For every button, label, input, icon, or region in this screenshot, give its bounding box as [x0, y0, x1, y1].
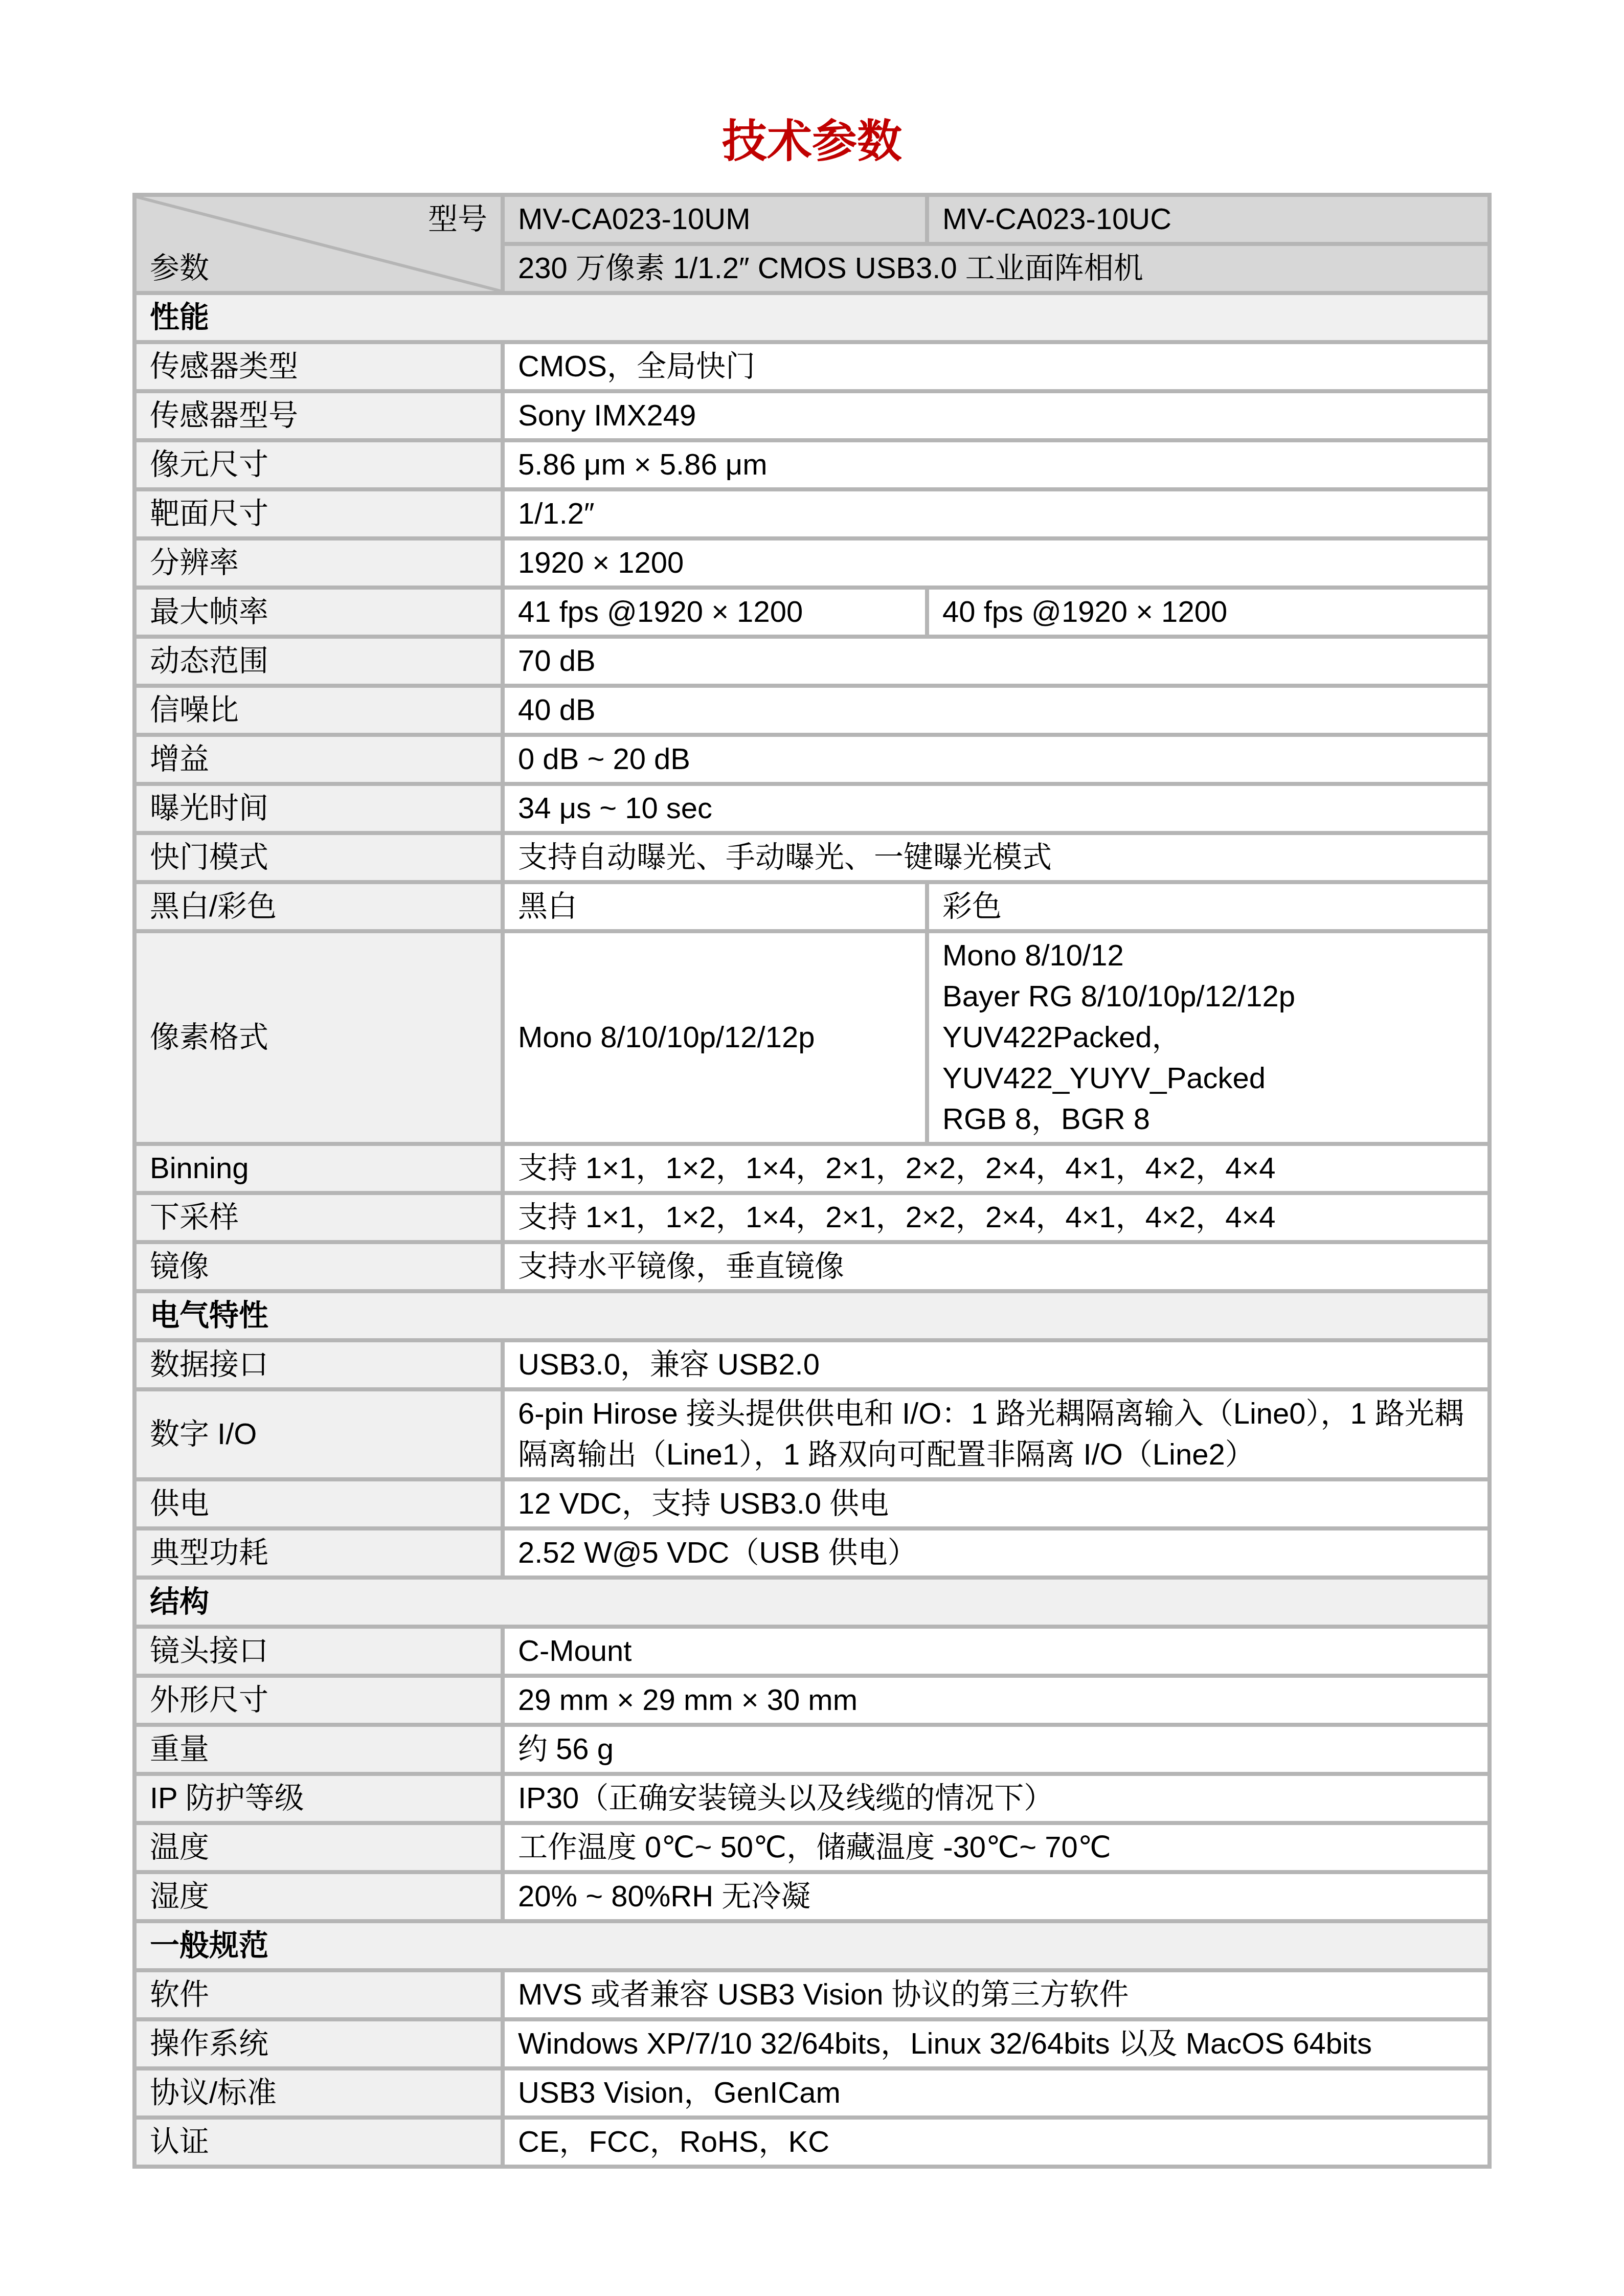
spec-row: 湿度20% ~ 80%RH 无冷凝 [134, 1872, 1490, 1921]
spec-value: Sony IMX249 [503, 391, 1490, 440]
spec-label: 镜头接口 [134, 1627, 503, 1676]
spec-row: 黑白/彩色黑白彩色 [134, 882, 1490, 931]
spec-row: 供电12 VDC，支持 USB3.0 供电 [134, 1479, 1490, 1528]
section-row: 性能 [134, 293, 1490, 342]
spec-row: 靶面尺寸1/1.2″ [134, 489, 1490, 538]
spec-row: IP 防护等级IP30（正确安装镜头以及线缆的情况下） [134, 1774, 1490, 1823]
spec-label: 典型功耗 [134, 1528, 503, 1578]
spec-value: 12 VDC，支持 USB3.0 供电 [503, 1479, 1490, 1528]
spec-row: 典型功耗2.52 W@5 VDC（USB 供电） [134, 1528, 1490, 1578]
spec-value-multiline: Mono 8/10/12Bayer RG 8/10/10p/12/12pYUV4… [927, 931, 1490, 1144]
spec-label: 分辨率 [134, 538, 503, 588]
spec-row: 镜像支持水平镜像，垂直镜像 [134, 1242, 1490, 1291]
spec-row: 协议/标准USB3 Vision，GenICam [134, 2068, 1490, 2118]
spec-label: 传感器型号 [134, 391, 503, 440]
spec-label: 镜像 [134, 1242, 503, 1291]
spec-label: 信噪比 [134, 686, 503, 735]
section-header: 结构 [134, 1578, 1490, 1627]
model-name-mono: MV-CA023-10UM [503, 195, 927, 244]
spec-value: CMOS，全局快门 [503, 342, 1490, 391]
spec-value: 约 56 g [503, 1725, 1490, 1774]
section-row: 结构 [134, 1578, 1490, 1627]
spec-label: 黑白/彩色 [134, 882, 503, 931]
spec-label: 认证 [134, 2118, 503, 2167]
spec-row: 动态范围70 dB [134, 637, 1490, 686]
spec-value: 0 dB ~ 20 dB [503, 735, 1490, 784]
spec-row: 最大帧率41 fps @1920 × 120040 fps @1920 × 12… [134, 588, 1490, 637]
spec-row: 像素格式Mono 8/10/10p/12/12pMono 8/10/12Baye… [134, 931, 1490, 1144]
spec-label: 曝光时间 [134, 784, 503, 833]
spec-label: Binning [134, 1144, 503, 1193]
spec-value: 40 dB [503, 686, 1490, 735]
spec-label: 数字 I/O [134, 1389, 503, 1479]
spec-value: 40 fps @1920 × 1200 [927, 588, 1490, 637]
spec-value: 支持 1×1，1×2，1×4，2×1，2×2，2×4，4×1，4×2，4×4 [503, 1193, 1490, 1242]
spec-label: 像素格式 [134, 931, 503, 1144]
spec-value-line: Mono 8/10/12 [942, 935, 1474, 976]
spec-row: 信噪比40 dB [134, 686, 1490, 735]
spec-value: MVS 或者兼容 USB3 Vision 协议的第三方软件 [503, 1970, 1490, 2019]
spec-value: 5.86 μm × 5.86 μm [503, 440, 1490, 489]
spec-label: 协议/标准 [134, 2068, 503, 2118]
spec-value-line: YUV422Packed，YUV422_YUYV_Packed [942, 1017, 1474, 1099]
spec-label: 重量 [134, 1725, 503, 1774]
spec-label: 快门模式 [134, 833, 503, 882]
spec-label: 供电 [134, 1479, 503, 1528]
spec-label: 温度 [134, 1823, 503, 1872]
spec-label: 数据接口 [134, 1340, 503, 1389]
spec-row: 传感器型号Sony IMX249 [134, 391, 1490, 440]
spec-value: 29 mm × 29 mm × 30 mm [503, 1676, 1490, 1725]
spec-value-line: Bayer RG 8/10/10p/12/12p [942, 976, 1474, 1017]
spec-row: 软件MVS 或者兼容 USB3 Vision 协议的第三方软件 [134, 1970, 1490, 2019]
spec-label: 像元尺寸 [134, 440, 503, 489]
spec-label: 外形尺寸 [134, 1676, 503, 1725]
spec-row: 重量约 56 g [134, 1725, 1490, 1774]
spec-value: 支持水平镜像，垂直镜像 [503, 1242, 1490, 1291]
spec-label: 操作系统 [134, 2019, 503, 2068]
spec-row: 分辨率1920 × 1200 [134, 538, 1490, 588]
spec-value: USB3 Vision，GenICam [503, 2068, 1490, 2118]
spec-value-line: RGB 8，BGR 8 [942, 1099, 1474, 1140]
section-header: 性能 [134, 293, 1490, 342]
spec-label: IP 防护等级 [134, 1774, 503, 1823]
spec-value: CE，FCC，RoHS，KC [503, 2118, 1490, 2167]
header-row-models: 型号 参数 MV-CA023-10UM MV-CA023-10UC [134, 195, 1490, 244]
section-header: 电气特性 [134, 1291, 1490, 1340]
spec-label: 动态范围 [134, 637, 503, 686]
header-corner-cell: 型号 参数 [134, 195, 503, 293]
spec-label: 靶面尺寸 [134, 489, 503, 538]
spec-row: 温度工作温度 0℃~ 50℃，储藏温度 -30℃~ 70℃ [134, 1823, 1490, 1872]
spec-label: 传感器类型 [134, 342, 503, 391]
spec-row: Binning支持 1×1，1×2，1×4，2×1，2×2，2×4，4×1，4×… [134, 1144, 1490, 1193]
spec-value: 34 μs ~ 10 sec [503, 784, 1490, 833]
spec-value: 1/1.2″ [503, 489, 1490, 538]
spec-row: 曝光时间34 μs ~ 10 sec [134, 784, 1490, 833]
page-title: 技术参数 [0, 0, 1624, 166]
spec-row: 快门模式支持自动曝光、手动曝光、一键曝光模式 [134, 833, 1490, 882]
header-corner-model-label: 型号 [428, 197, 487, 242]
product-description: 230 万像素 1/1.2″ CMOS USB3.0 工业面阵相机 [503, 244, 1490, 293]
spec-label: 最大帧率 [134, 588, 503, 637]
spec-value: 1920 × 1200 [503, 538, 1490, 588]
spec-table: 型号 参数 MV-CA023-10UM MV-CA023-10UC 230 万像… [132, 193, 1492, 2169]
spec-value: 2.52 W@5 VDC（USB 供电） [503, 1528, 1490, 1578]
spec-value: 支持 1×1，1×2，1×4，2×1，2×2，2×4，4×1，4×2，4×4 [503, 1144, 1490, 1193]
spec-value: 黑白 [503, 882, 927, 931]
spec-value: C-Mount [503, 1627, 1490, 1676]
header-corner-param-label: 参数 [150, 246, 209, 291]
model-name-color: MV-CA023-10UC [927, 195, 1490, 244]
spec-row: 下采样支持 1×1，1×2，1×4，2×1，2×2，2×4，4×1，4×2，4×… [134, 1193, 1490, 1242]
spec-row: 操作系统Windows XP/7/10 32/64bits，Linux 32/6… [134, 2019, 1490, 2068]
spec-label: 软件 [134, 1970, 503, 2019]
spec-value: USB3.0，兼容 USB2.0 [503, 1340, 1490, 1389]
spec-row: 传感器类型CMOS，全局快门 [134, 342, 1490, 391]
spec-row: 镜头接口C-Mount [134, 1627, 1490, 1676]
spec-value: 彩色 [927, 882, 1490, 931]
spec-row: 数字 I/O6-pin Hirose 接头提供供电和 I/O：1 路光耦隔离输入… [134, 1389, 1490, 1479]
spec-value: Windows XP/7/10 32/64bits，Linux 32/64bit… [503, 2019, 1490, 2068]
spec-row: 像元尺寸5.86 μm × 5.86 μm [134, 440, 1490, 489]
spec-value: 工作温度 0℃~ 50℃，储藏温度 -30℃~ 70℃ [503, 1823, 1490, 1872]
spec-value: 70 dB [503, 637, 1490, 686]
spec-label: 增益 [134, 735, 503, 784]
spec-row: 认证CE，FCC，RoHS，KC [134, 2118, 1490, 2167]
spec-row: 外形尺寸29 mm × 29 mm × 30 mm [134, 1676, 1490, 1725]
spec-value: IP30（正确安装镜头以及线缆的情况下） [503, 1774, 1490, 1823]
spec-value: 20% ~ 80%RH 无冷凝 [503, 1872, 1490, 1921]
spec-value: Mono 8/10/10p/12/12p [503, 931, 927, 1144]
spec-label: 下采样 [134, 1193, 503, 1242]
spec-value: 6-pin Hirose 接头提供供电和 I/O：1 路光耦隔离输入（Line0… [503, 1389, 1490, 1479]
spec-label: 湿度 [134, 1872, 503, 1921]
section-header: 一般规范 [134, 1921, 1490, 1970]
section-row: 电气特性 [134, 1291, 1490, 1340]
spec-value: 41 fps @1920 × 1200 [503, 588, 927, 637]
spec-value: 支持自动曝光、手动曝光、一键曝光模式 [503, 833, 1490, 882]
spec-row: 增益0 dB ~ 20 dB [134, 735, 1490, 784]
spec-row: 数据接口USB3.0，兼容 USB2.0 [134, 1340, 1490, 1389]
section-row: 一般规范 [134, 1921, 1490, 1970]
